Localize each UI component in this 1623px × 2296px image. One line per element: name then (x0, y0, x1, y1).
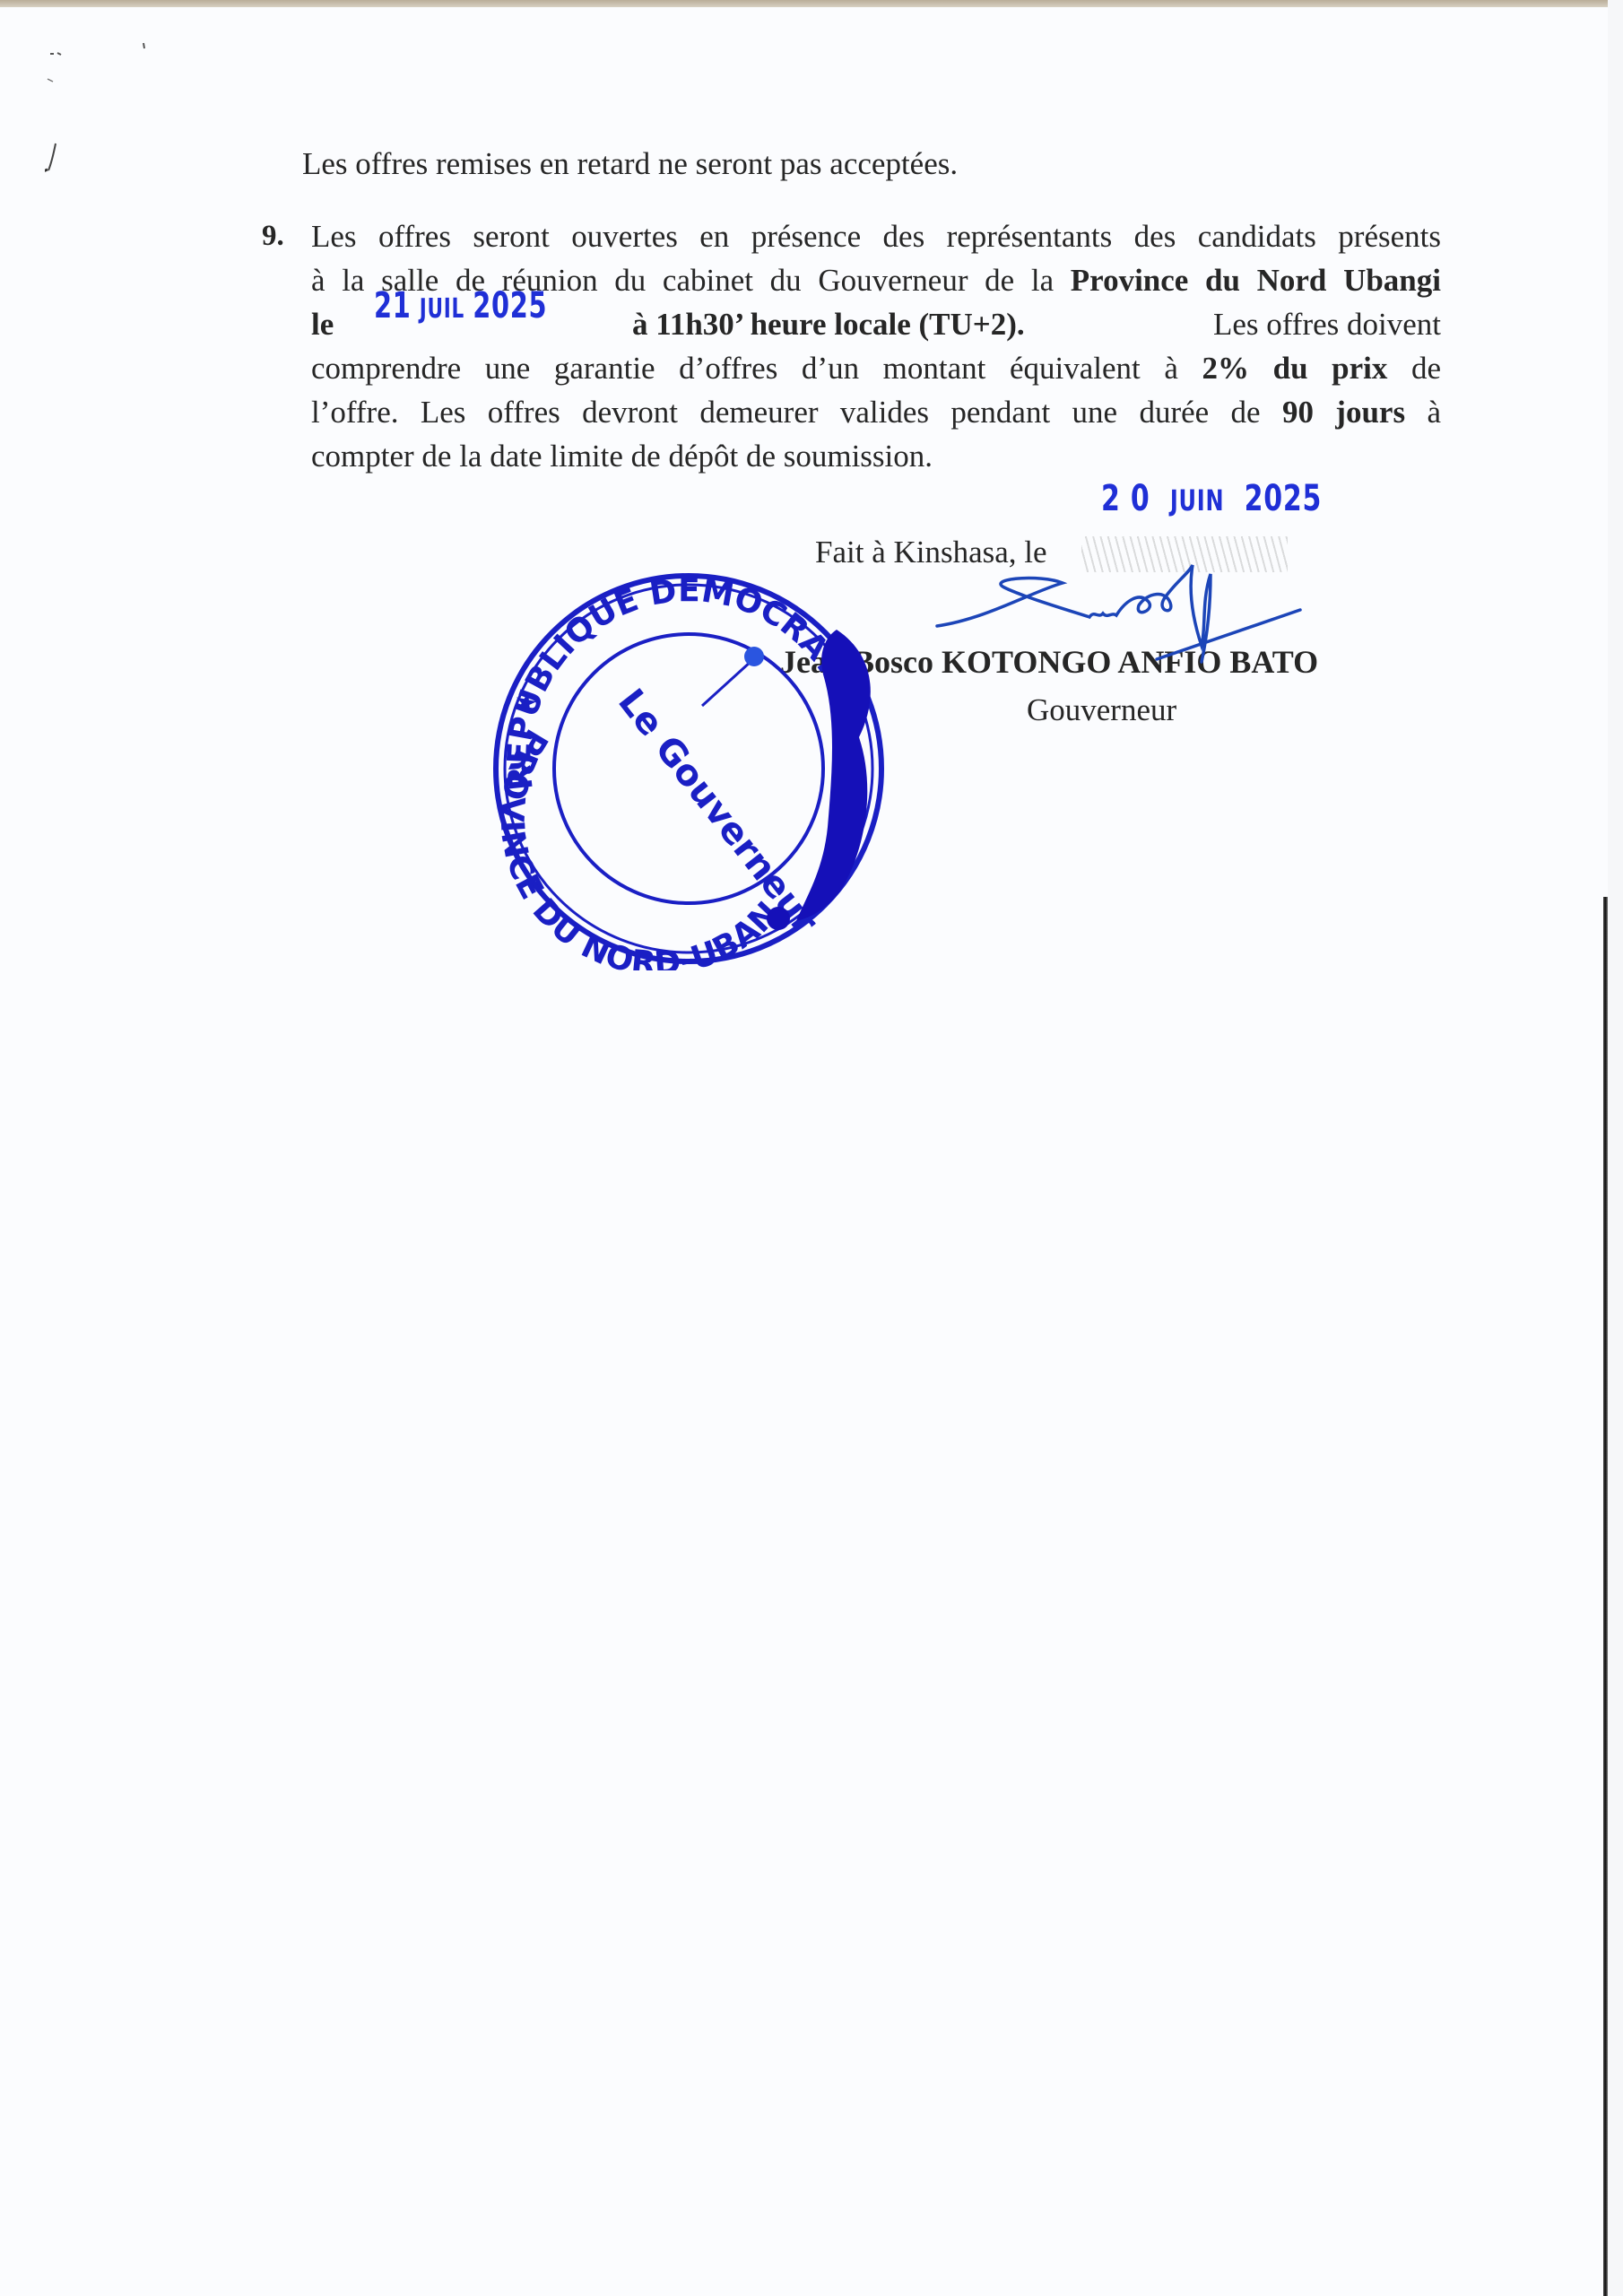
item-line-1-text: Les offres seront ouvertes en présence d… (311, 219, 1441, 254)
signature-date-day: 2 0 (1101, 478, 1150, 519)
opening-date-stamp: 21 JUIL 2025 (374, 285, 547, 326)
late-offers-notice: Les offres remises en retard ne seront p… (302, 142, 958, 186)
validity-period: 90 jours (1282, 395, 1405, 430)
seal-bottom-text: PROVINCE DU NORD-UBANGI (482, 558, 786, 970)
opening-time: à 11h30’ heure locale (TU+2). (632, 302, 1025, 346)
item-line-5-tail: à (1405, 395, 1441, 430)
handwritten-signature (933, 556, 1309, 664)
item-line-4-tail: de (1387, 351, 1441, 386)
signatory-title: Gouverneur (1027, 692, 1176, 728)
signature-date-month: JUIN (1170, 483, 1224, 517)
opening-date-day: 21 (374, 285, 412, 326)
item-line-3-tail: Les offres doivent (1213, 302, 1441, 346)
le-label: le (311, 307, 334, 342)
item-line-5-text: l’offre. Les offres devront demeurer val… (311, 395, 1282, 430)
province-name: Province du Nord Ubangi (1071, 263, 1441, 298)
item-line-6-text: compter de la date limite de dépôt de so… (311, 439, 933, 474)
scan-right-margin (1608, 0, 1623, 2296)
seal-center-text: Le Gouverneur (610, 682, 826, 942)
opening-date-year: 2025 (473, 285, 547, 326)
signature-date-stamp: 2 0 JUIN 2025 (1101, 478, 1322, 519)
item-line-4-text: comprendre une garantie d’offres d’un mo… (311, 351, 1202, 386)
signature-date-year: 2025 (1245, 478, 1322, 519)
item-line-4: comprendre une garantie d’offres d’un mo… (311, 346, 1441, 390)
item-number: 9. (262, 214, 284, 258)
opening-date-month: JUIL (420, 293, 464, 325)
scan-right-border (1603, 897, 1608, 2296)
item-line-1: Les offres seront ouvertes en présence d… (311, 214, 1441, 258)
margin-pen-marks (45, 40, 152, 184)
official-seal: REPUBLIQUE DEMOCRATIQUE PROVINCE DU NORD… (482, 558, 895, 970)
item-line-6: compter de la date limite de dépôt de so… (311, 434, 1441, 478)
guarantee-percent: 2% du prix (1202, 351, 1388, 386)
item-line-5: l’offre. Les offres devront demeurer val… (311, 390, 1441, 434)
scan-top-edge (0, 0, 1623, 7)
